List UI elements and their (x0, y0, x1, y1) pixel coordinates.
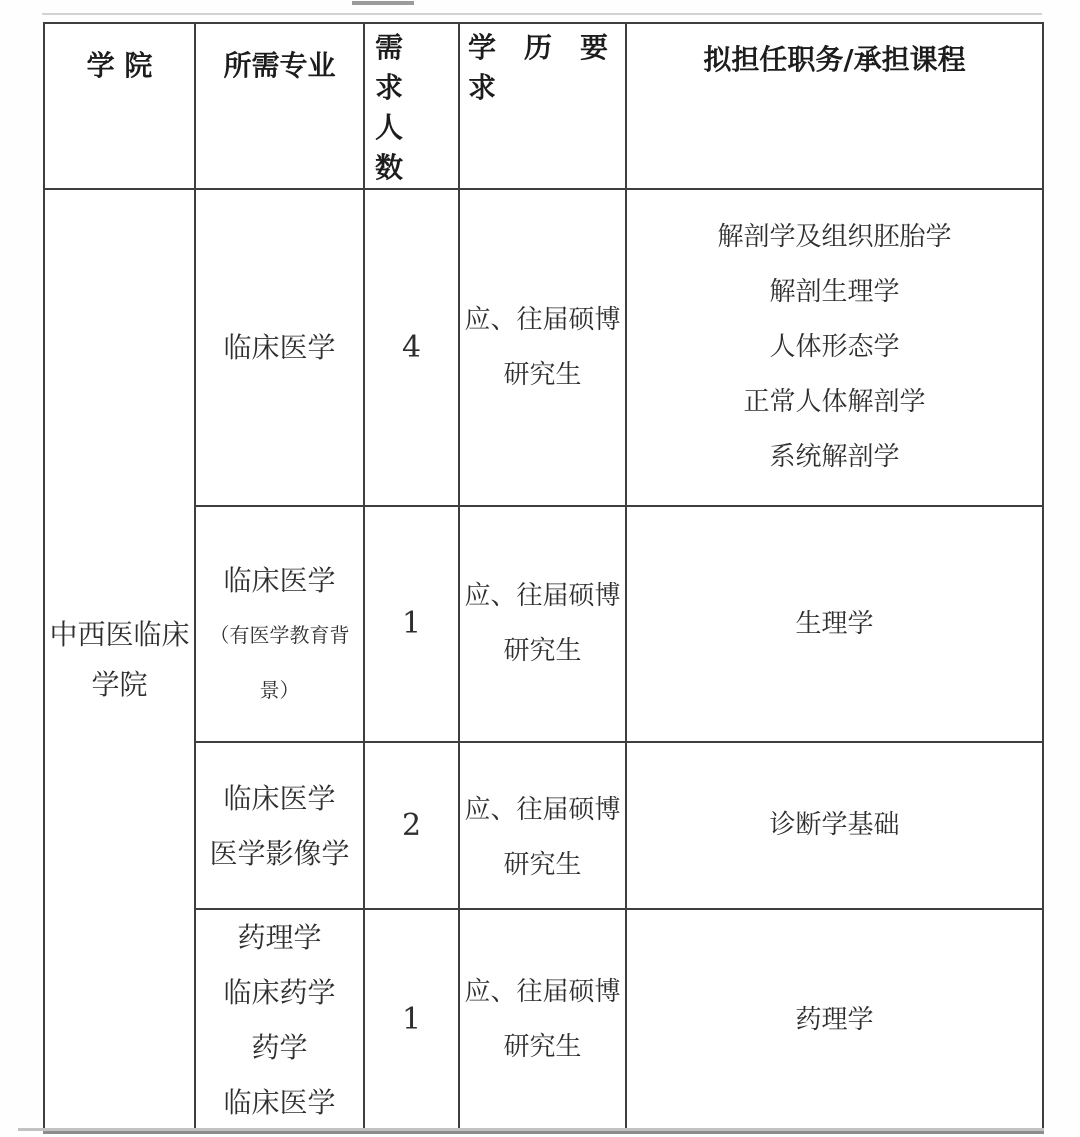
degree-cell: 应、往届硕博 研究生 (459, 742, 626, 909)
courses-cell: 诊断学基础 (626, 742, 1043, 909)
major-line: 临床医学 (196, 1075, 363, 1130)
degree-cell: 应、往届硕博 研究生 (459, 506, 626, 742)
major-line: 医学影像学 (196, 826, 363, 881)
degree-line: 应、往届硕博 (460, 965, 625, 1020)
count-cell: 2 (364, 742, 459, 909)
degree-cell: 应、往届硕博 研究生 (459, 189, 626, 506)
course-line: 解剖学及组织胚胎学 (627, 210, 1042, 265)
table-row: 中西医临床 学院 临床医学 4 应、往届硕博 研究生 解剖学及组织胚胎学 解剖生… (44, 189, 1043, 506)
major-cell: 临床医学 （有医学教育背 景） (195, 506, 364, 742)
courses-cell: 药理学 (626, 909, 1043, 1132)
major-cell: 药理学 临床药学 药学 临床医学 (195, 909, 364, 1132)
page-bottom-edge (18, 1128, 1044, 1131)
course-line: 正常人体解剖学 (627, 375, 1042, 430)
page-top-artifact-mark (352, 1, 414, 5)
major-line: 临床医学 (196, 771, 363, 826)
header-degree-requirement: 学 历 要 求 (459, 23, 626, 189)
count-cell: 1 (364, 506, 459, 742)
major-line: 临床医学 (196, 553, 363, 608)
college-cell: 中西医临床 学院 (44, 189, 195, 1132)
course-line: 生理学 (627, 597, 1042, 652)
count-value: 2 (365, 806, 458, 846)
major-cell: 临床医学 (195, 189, 364, 506)
college-name-line: 学院 (45, 660, 194, 710)
course-line: 药理学 (627, 993, 1042, 1048)
degree-line: 应、往届硕博 (460, 293, 625, 348)
course-line: 系统解剖学 (627, 430, 1042, 485)
count-value: 4 (365, 328, 458, 368)
degree-line: 应、往届硕博 (460, 569, 625, 624)
major-line: 临床医学 (196, 320, 363, 375)
count-cell: 4 (364, 189, 459, 506)
degree-line: 研究生 (460, 624, 625, 679)
count-cell: 1 (364, 909, 459, 1132)
major-cell: 临床医学 医学影像学 (195, 742, 364, 909)
count-value: 1 (365, 604, 458, 644)
degree-line: 研究生 (460, 348, 625, 403)
course-line: 解剖生理学 (627, 265, 1042, 320)
degree-line: 研究生 (460, 1020, 625, 1075)
document-page: 学 院 所需专业 需 求 人 数 学 历 要 求 拟担任职务/承担课程 中西医临… (0, 0, 1080, 1137)
header-duty-courses: 拟担任职务/承担课程 (626, 23, 1043, 189)
major-line: 药学 (196, 1020, 363, 1075)
course-line: 诊断学基础 (627, 798, 1042, 853)
header-college: 学 院 (44, 23, 195, 189)
major-line: （有医学教育背 (196, 608, 363, 663)
page-top-artifact-line (42, 13, 1042, 15)
major-line: 药理学 (196, 910, 363, 965)
header-required-major: 所需专业 (195, 23, 364, 189)
header-needed-count: 需 求 人 数 (364, 23, 459, 189)
degree-line: 应、往届硕博 (460, 783, 625, 838)
table-header-row: 学 院 所需专业 需 求 人 数 学 历 要 求 拟担任职务/承担课程 (44, 23, 1043, 189)
degree-cell: 应、往届硕博 研究生 (459, 909, 626, 1132)
degree-line: 研究生 (460, 838, 625, 893)
courses-cell: 解剖学及组织胚胎学 解剖生理学 人体形态学 正常人体解剖学 系统解剖学 (626, 189, 1043, 506)
course-line: 人体形态学 (627, 320, 1042, 375)
courses-cell: 生理学 (626, 506, 1043, 742)
major-line: 临床药学 (196, 965, 363, 1020)
count-value: 1 (365, 1000, 458, 1040)
college-name-line: 中西医临床 (45, 610, 194, 660)
recruitment-table: 学 院 所需专业 需 求 人 数 学 历 要 求 拟担任职务/承担课程 中西医临… (43, 22, 1044, 1134)
major-line: 景） (196, 663, 363, 718)
